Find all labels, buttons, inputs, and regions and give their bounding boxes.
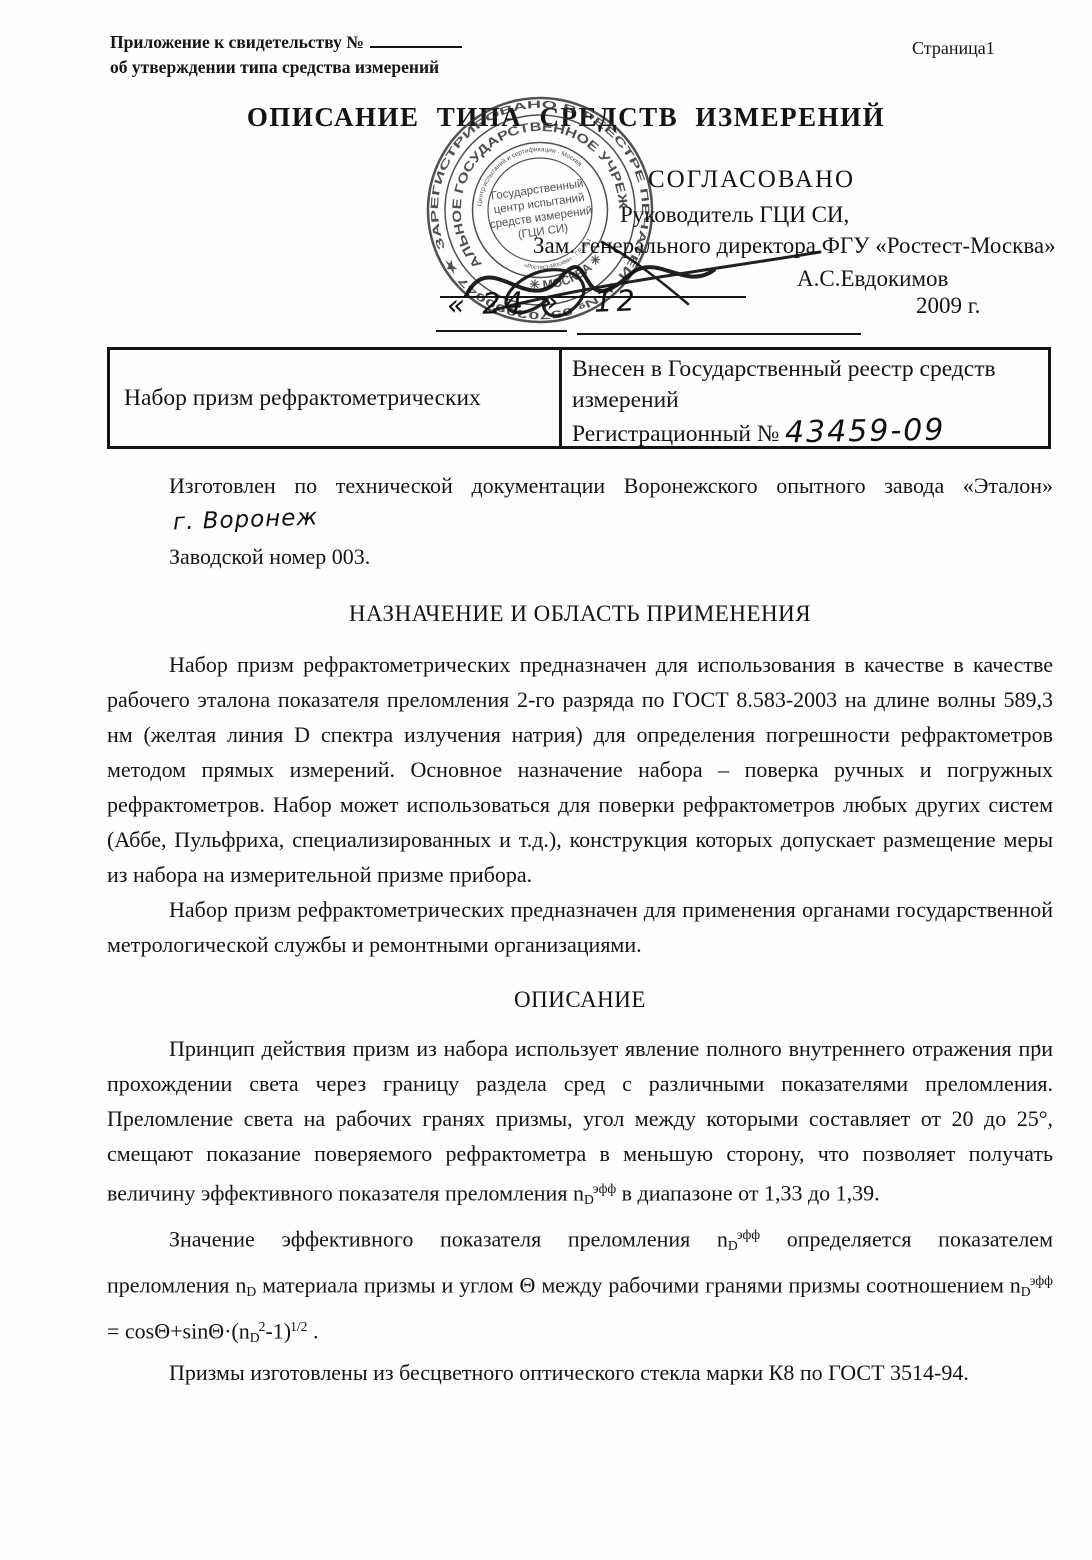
purpose-heading: НАЗНАЧЕНИЕ И ОБЛАСТЬ ПРИМЕНЕНИЯ	[107, 596, 1053, 631]
formula-text: = cosΘ+sinΘ·(n	[107, 1318, 250, 1343]
description-paragraph-3: Призмы изготовлены из бесцветного оптиче…	[107, 1355, 1053, 1390]
handwritten-city: г. Воронеж	[110, 500, 318, 542]
appendix-line1: Приложение к свидетельству №	[110, 32, 364, 52]
eff-superscript: эфф	[737, 1227, 760, 1242]
handwritten-day: « 24 »	[446, 284, 562, 322]
desc2-text-c: материала призмы и углом Θ между рабочим…	[256, 1272, 1021, 1297]
handwritten-registration-number: 43459-09	[785, 415, 946, 449]
appendix-line2: об утверждении типа средства измерений	[110, 57, 439, 77]
appendix-note: Приложение к свидетельству № об утвержде…	[110, 30, 462, 81]
approved-label: СОГЛАСОВАНО	[648, 166, 855, 194]
serial-number-paragraph: Заводской номер 003.	[107, 539, 1053, 574]
purpose-paragraph-2: Набор призм рефрактометрических предназн…	[107, 892, 1053, 962]
description-paragraph-2: Значение эффективного показателя преломл…	[107, 1217, 1053, 1355]
scan-artifact-dot: .	[1036, 1030, 1041, 1053]
eff-superscript: эфф	[593, 1181, 616, 1196]
eff-superscript: эфф	[1030, 1273, 1053, 1288]
manufacturer-text: Изготовлен по технической документации В…	[169, 473, 1053, 498]
description-heading: ОПИСАНИЕ	[107, 982, 1053, 1017]
page-number: Страница1	[912, 38, 995, 59]
instrument-name-cell: Набор призм рефрактометрических	[110, 350, 562, 446]
registration-table: Набор призм рефрактометрических Внесен в…	[107, 347, 1051, 449]
desc1-range-text: в диапазоне от 1,33 до 1,39.	[616, 1181, 879, 1206]
half-power-superscript: 1/2	[290, 1319, 307, 1334]
purpose-paragraph-1: Набор призм рефрактометрических предназн…	[107, 647, 1053, 892]
document-body: Изготовлен по технической документации В…	[107, 468, 1053, 1390]
desc1-text: Принцип действия призм из набора использ…	[107, 1036, 1053, 1206]
registration-cell: Внесен в Государственный реестр средств …	[562, 350, 1048, 446]
formula-period: .	[307, 1318, 318, 1343]
date-year: 2009 г.	[916, 293, 980, 319]
registry-entry-text: Внесен в Государственный реестр средств …	[572, 356, 996, 413]
handwritten-month: 12	[593, 283, 639, 319]
description-paragraph-1: Принцип действия призм из набора использ…	[107, 1031, 1053, 1217]
desc2-text-a: Значение эффективного показателя преломл…	[169, 1226, 728, 1251]
blank-number-line	[370, 32, 462, 48]
day-underline	[436, 330, 567, 332]
month-underline	[577, 333, 861, 335]
scanned-document-page: Приложение к свидетельству № об утвержде…	[0, 0, 1092, 1560]
registration-number-label: Регистрационный №	[572, 421, 779, 447]
formula-close-paren: -1)	[265, 1318, 291, 1343]
manufacturer-paragraph: Изготовлен по технической документации В…	[107, 468, 1053, 539]
nd-subscript: D	[246, 1284, 256, 1299]
